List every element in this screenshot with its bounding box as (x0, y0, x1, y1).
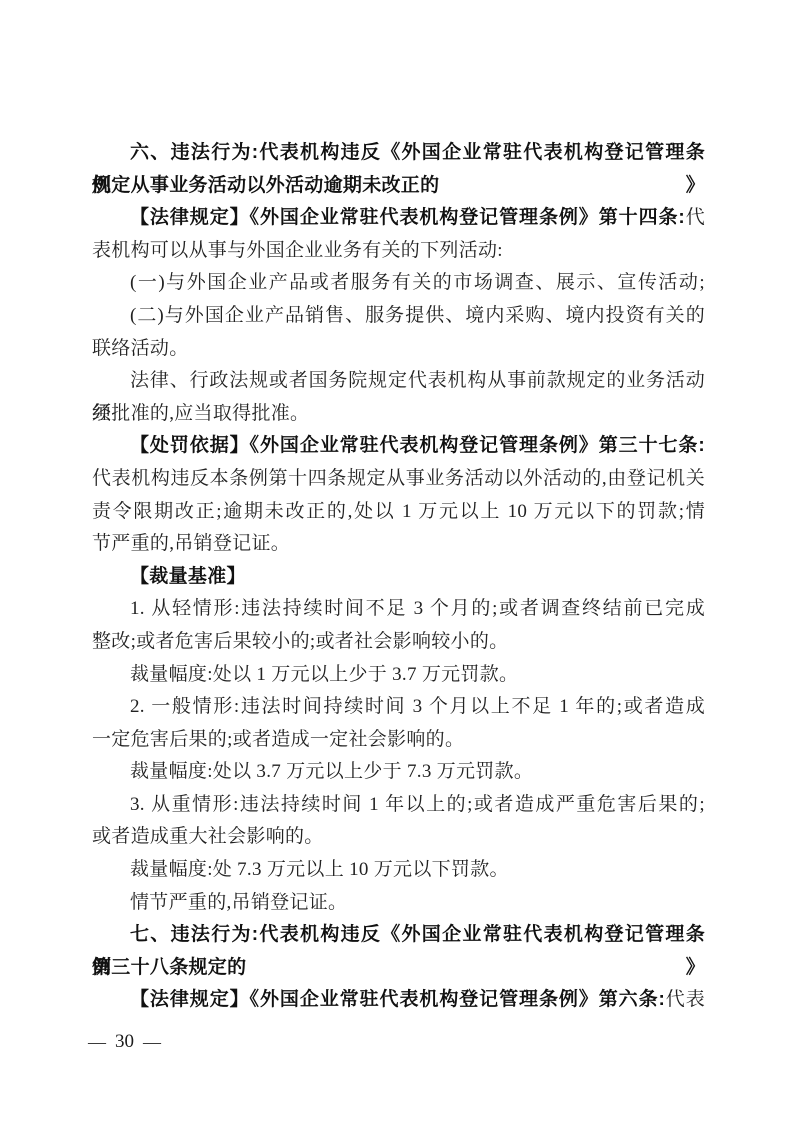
text-line: 整改;或者危害后果较小的;或者社会影响较小的。 (92, 626, 705, 659)
text-segment-bold: 规定从事业务活动以外活动逾期未改正的 (92, 175, 439, 196)
text-segment: 经批准的,应当取得批准。 (92, 403, 309, 424)
text-segment: 或者造成重大社会影响的。 (92, 826, 324, 847)
text-segment-bold: 【裁量基准】 (130, 566, 246, 587)
text-segment: 1. 从轻情形:违法持续时间不足 3 个月的;或者调查终结前已完成 (130, 598, 705, 619)
text-line: 六、违法行为:代表机构违反《外国企业常驻代表机构登记管理条例》 (92, 137, 705, 170)
text-line: 【法律规定】《外国企业常驻代表机构登记管理条例》第十四条:代 (92, 202, 705, 235)
text-line: 七、违法行为:代表机构违反《外国企业常驻代表机构登记管理条例》 (92, 919, 705, 952)
text-line: 【裁量基准】 (92, 561, 705, 594)
text-segment: 3. 从重情形:违法持续时间 1 年以上的;或者造成严重危害后果的; (130, 794, 705, 815)
text-segment: (二)与外国企业产品销售、服务提供、境内采购、境内投资有关的 (130, 305, 705, 326)
text-segment: 一定危害后果的;或者造成一定社会影响的。 (92, 729, 464, 750)
text-segment: 2. 一般情形:违法时间持续时间 3 个月以上不足 1 年的;或者造成 (130, 696, 705, 717)
text-line: 情节严重的,吊销登记证。 (92, 887, 705, 920)
text-segment: (一)与外国企业产品或者服务有关的市场调查、展示、宣传活动; (130, 272, 705, 293)
text-line: 【法律规定】《外国企业常驻代表机构登记管理条例》第六条:代表 (92, 984, 705, 1017)
text-line: (一)与外国企业产品或者服务有关的市场调查、展示、宣传活动; (92, 267, 705, 300)
text-line: 3. 从重情形:违法持续时间 1 年以上的;或者造成严重危害后果的; (92, 789, 705, 822)
text-segment-bold: 第三十八条规定的 (92, 957, 246, 978)
text-line: 【处罚依据】《外国企业常驻代表机构登记管理条例》第三十七条: (92, 430, 705, 463)
text-line: 裁量幅度:处以 3.7 万元以上少于 7.3 万元罚款。 (92, 756, 705, 789)
footer-dash-right: — (143, 1031, 161, 1053)
document-body: 六、违法行为:代表机构违反《外国企业常驻代表机构登记管理条例》规定从事业务活动以… (92, 137, 705, 1017)
text-segment: 代表 (665, 989, 705, 1010)
text-segment: 裁量幅度:处 7.3 万元以上 10 万元以下罚款。 (130, 859, 509, 880)
text-line: 或者造成重大社会影响的。 (92, 821, 705, 854)
page-number: 30 (115, 1031, 134, 1053)
text-line: 裁量幅度:处 7.3 万元以上 10 万元以下罚款。 (92, 854, 705, 887)
text-segment: 整改;或者危害后果较小的;或者社会影响较小的。 (92, 631, 508, 652)
text-line: 法律、行政法规或者国务院规定代表机构从事前款规定的业务活动须 (92, 365, 705, 398)
text-segment: 表机构可以从事与外国企业业务有关的下列活动: (92, 240, 503, 261)
text-line: 责令限期改正;逾期未改正的,处以 1 万元以上 10 万元以下的罚款;情 (92, 496, 705, 529)
text-line: 2. 一般情形:违法时间持续时间 3 个月以上不足 1 年的;或者造成 (92, 691, 705, 724)
text-segment: 裁量幅度:处以 1 万元以上少于 3.7 万元罚款。 (130, 664, 518, 685)
text-line: 经批准的,应当取得批准。 (92, 398, 705, 431)
text-segment-bold: 【处罚依据】《外国企业常驻代表机构登记管理条例》第三十七条: (130, 435, 705, 456)
text-line: 一定危害后果的;或者造成一定社会影响的。 (92, 724, 705, 757)
text-segment: 节严重的,吊销登记证。 (92, 533, 290, 554)
text-segment: 代 (685, 207, 705, 228)
text-segment-bold: 【法律规定】《外国企业常驻代表机构登记管理条例》第十四条: (130, 207, 685, 228)
text-line: 联络活动。 (92, 333, 705, 366)
text-line: 代表机构违反本条例第十四条规定从事业务活动以外活动的,由登记机关 (92, 463, 705, 496)
text-segment: 联络活动。 (92, 338, 189, 359)
text-line: 节严重的,吊销登记证。 (92, 528, 705, 561)
page-footer: — 30 — (88, 1031, 161, 1053)
text-line: 表机构可以从事与外国企业业务有关的下列活动: (92, 235, 705, 268)
text-line: (二)与外国企业产品销售、服务提供、境内采购、境内投资有关的 (92, 300, 705, 333)
text-segment: 情节严重的,吊销登记证。 (130, 892, 347, 913)
document-page: 六、违法行为:代表机构违反《外国企业常驻代表机构登记管理条例》规定从事业务活动以… (0, 0, 793, 1122)
text-segment-bold: 【法律规定】《外国企业常驻代表机构登记管理条例》第六条: (130, 989, 665, 1010)
text-line: 1. 从轻情形:违法持续时间不足 3 个月的;或者调查终结前已完成 (92, 593, 705, 626)
text-segment: 裁量幅度:处以 3.7 万元以上少于 7.3 万元罚款。 (130, 761, 533, 782)
text-line: 裁量幅度:处以 1 万元以上少于 3.7 万元罚款。 (92, 659, 705, 692)
text-segment: 代表机构违反本条例第十四条规定从事业务活动以外活动的,由登记机关 (92, 468, 705, 489)
footer-dash-left: — (88, 1031, 106, 1053)
text-segment: 责令限期改正;逾期未改正的,处以 1 万元以上 10 万元以下的罚款;情 (92, 501, 705, 522)
